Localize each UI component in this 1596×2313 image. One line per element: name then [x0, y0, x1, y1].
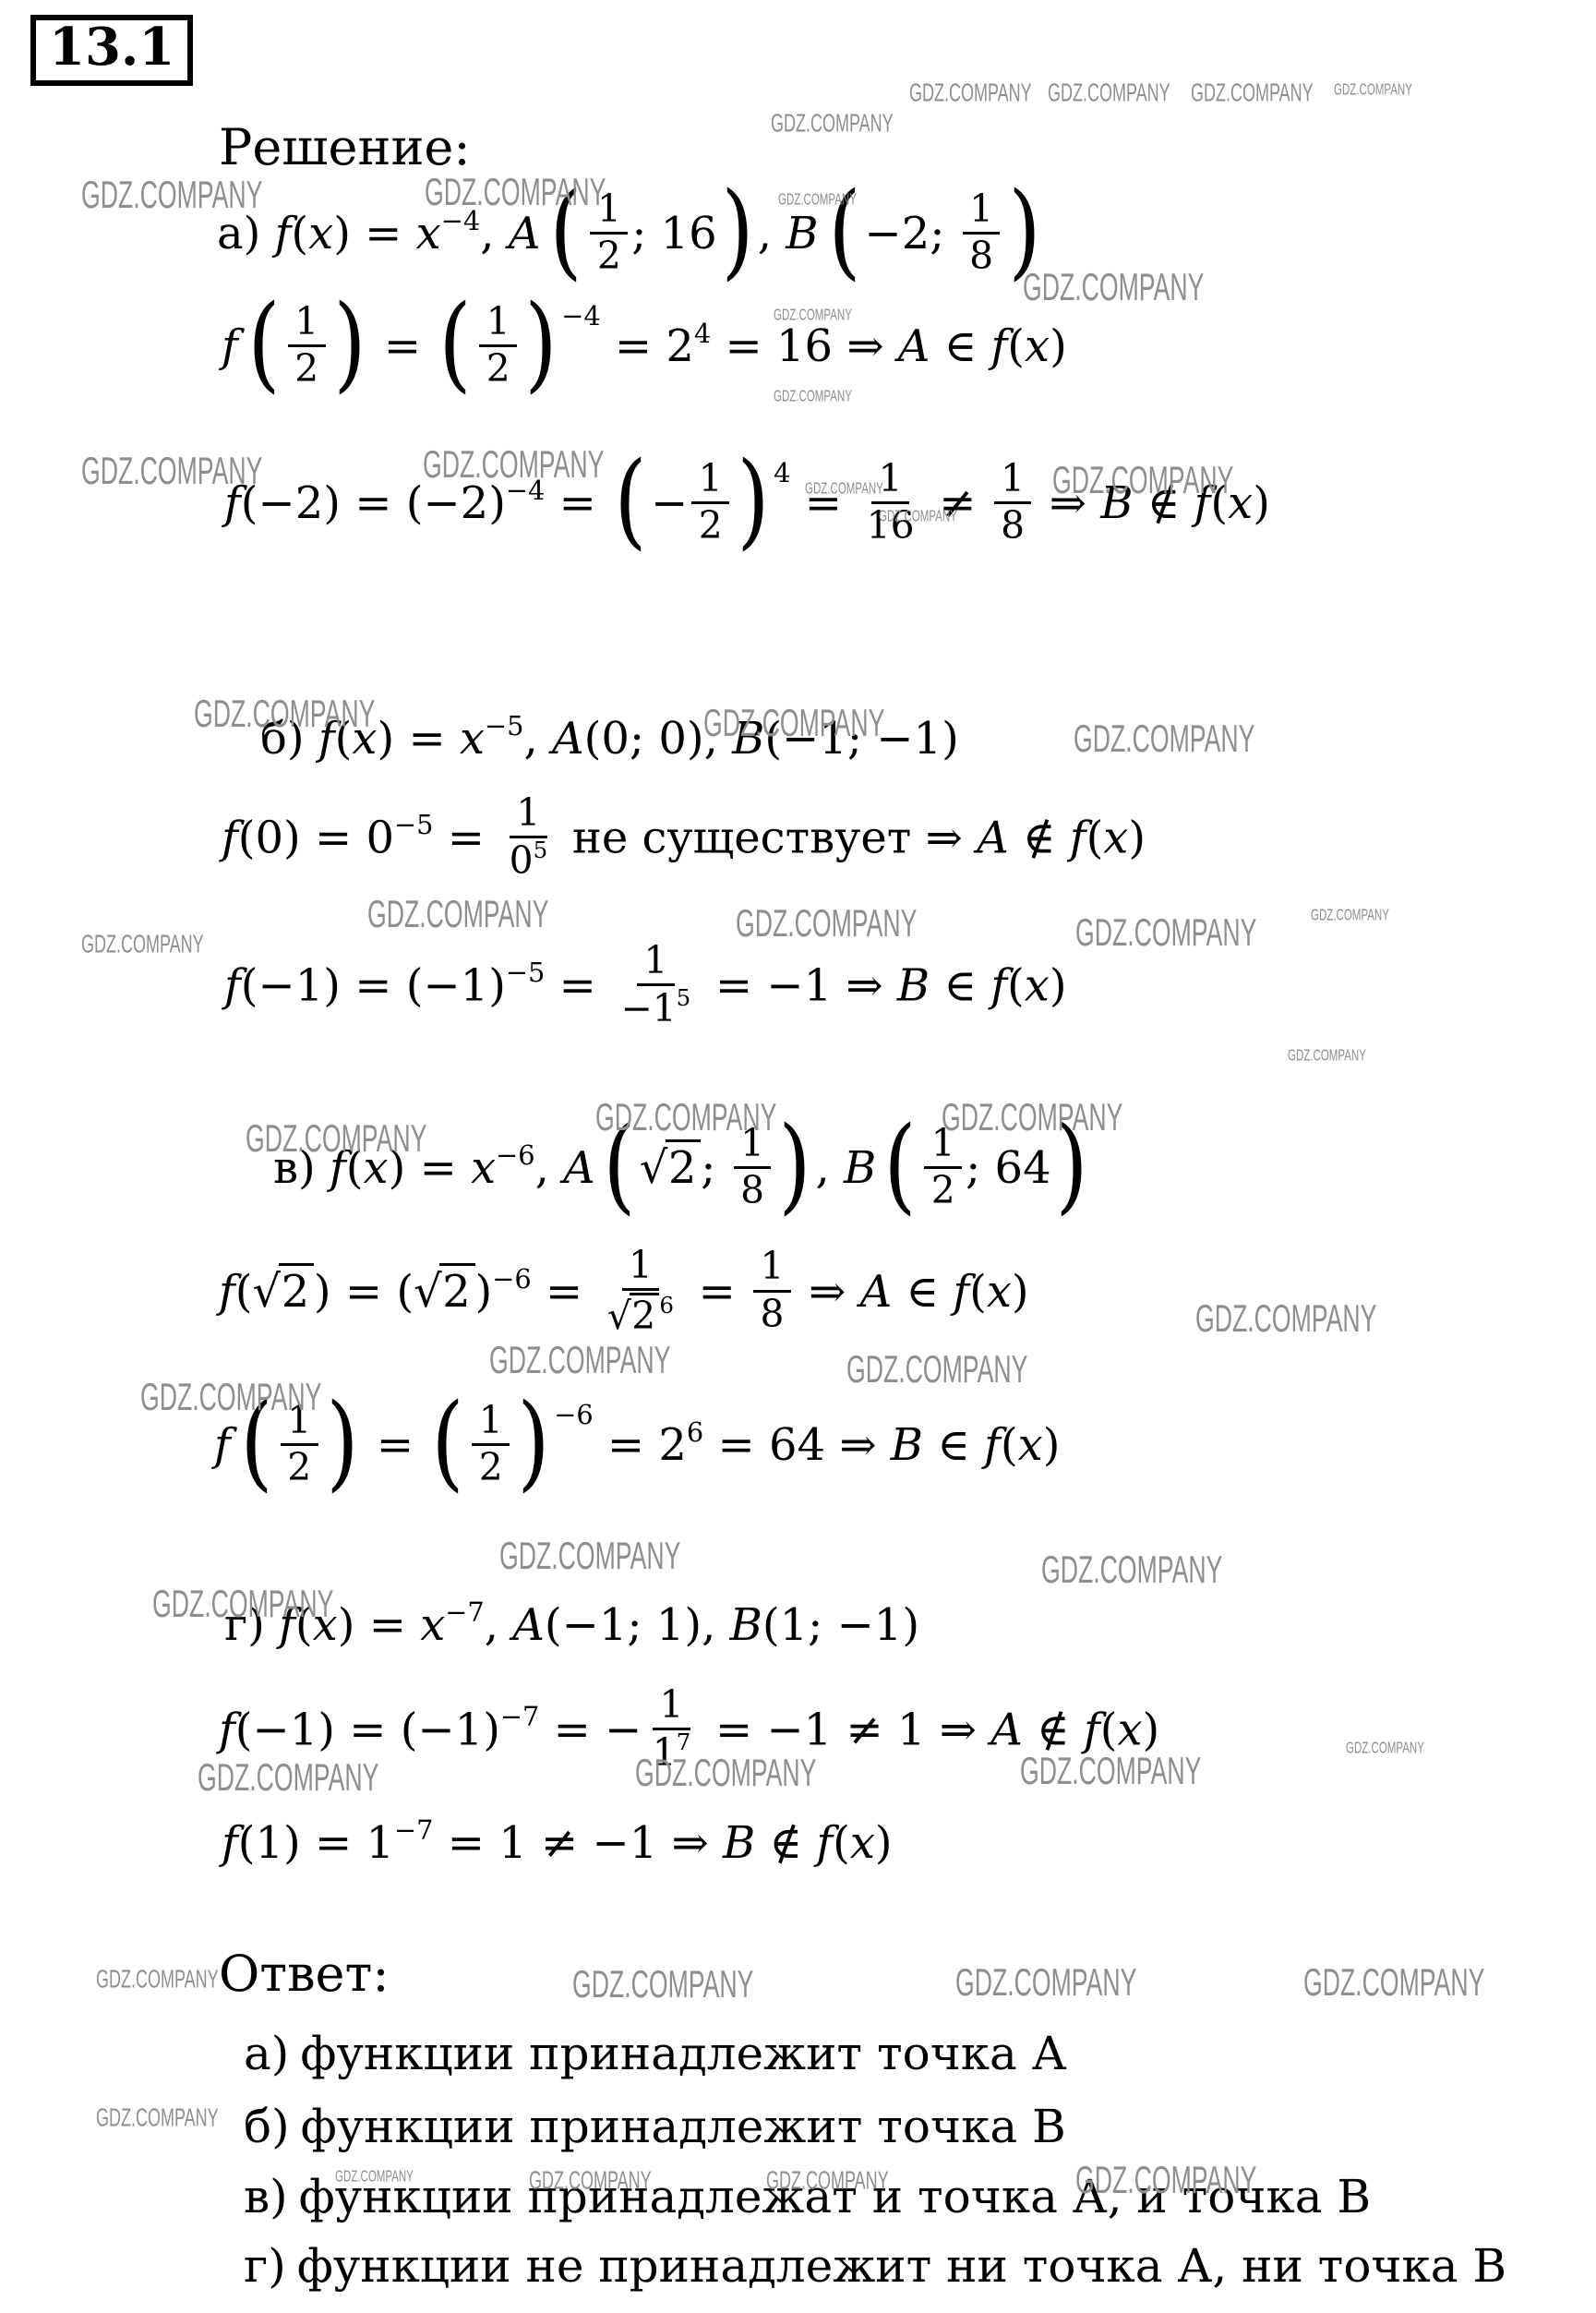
- fraction-denominator: 2: [472, 1446, 510, 1489]
- math-variable: f: [816, 1817, 833, 1869]
- math-text: 1: [699, 456, 723, 500]
- watermark: GDZ.COMPANY: [942, 1096, 1122, 1139]
- exponent: −6: [492, 1263, 531, 1295]
- math-variable: x: [1025, 959, 1050, 1011]
- math-variable: x: [1018, 1419, 1043, 1471]
- fraction-numerator: 1: [510, 792, 547, 838]
- fraction: 18: [994, 458, 1032, 548]
- math-text: (: [1100, 1704, 1118, 1755]
- watermark: GDZ.COMPANY: [423, 443, 604, 487]
- math-variable: A: [563, 1142, 595, 1194]
- math-variable: x: [308, 208, 333, 259]
- fraction: 116: [859, 458, 921, 548]
- watermark: GDZ.COMPANY: [1052, 459, 1233, 502]
- math-variable: f: [990, 959, 1007, 1011]
- exponent: −7: [445, 1596, 484, 1629]
- math-variable: B: [786, 208, 818, 259]
- answer-text: функции не принадлежит ни точка А, ни то…: [297, 2239, 1506, 2293]
- watermark: GDZ.COMPANY: [1075, 2159, 1256, 2202]
- math-text: =: [532, 1266, 597, 1318]
- math-text: (: [1007, 959, 1025, 1011]
- watermark: GDZ.COMPANY: [1020, 1750, 1201, 1793]
- fraction-numerator: 1: [472, 1400, 510, 1446]
- math-text: ,: [535, 1142, 564, 1194]
- fraction-numerator: 1: [963, 188, 1001, 235]
- exponent: 4: [694, 318, 711, 350]
- math-text: 2: [282, 1266, 310, 1318]
- answer-label: б): [244, 2100, 290, 2153]
- answer-text: функции принадлежит точка В: [301, 2100, 1066, 2153]
- math-text: = −: [539, 1704, 642, 1755]
- math-variable: A: [509, 208, 541, 259]
- problem-number-box: 13.1: [30, 15, 193, 86]
- watermark: GDZ.COMPANY: [1041, 1548, 1222, 1592]
- watermark: GDZ.COMPANY: [909, 78, 1032, 108]
- math-text: (1; −1): [762, 1599, 919, 1651]
- radicand: 2: [279, 1263, 314, 1319]
- math-variable: f: [219, 1704, 235, 1755]
- fraction: 18: [753, 1246, 791, 1336]
- fraction-numerator: 1: [691, 458, 729, 504]
- math-variable: f: [1084, 1704, 1100, 1755]
- watermark: GDZ.COMPANY: [1334, 81, 1412, 100]
- math-variable: f: [224, 959, 241, 1011]
- radicand: 2: [666, 1139, 701, 1196]
- watermark: GDZ.COMPANY: [572, 1963, 753, 2006]
- math-text: ∈: [930, 959, 990, 1011]
- watermark: GDZ.COMPANY: [96, 2103, 219, 2133]
- math-text: (: [833, 1817, 850, 1869]
- math-text: = 64 ⇒: [703, 1419, 891, 1471]
- exponent: 4: [774, 457, 790, 489]
- big-parenthesis: (: [439, 291, 472, 395]
- math-text: 2: [631, 1294, 655, 1338]
- big-parenthesis: ): [326, 1390, 358, 1494]
- math-variable: B: [730, 1599, 762, 1651]
- watermark: GDZ.COMPANY: [96, 1965, 219, 1994]
- exponent: −7: [500, 1701, 539, 1733]
- watermark: GDZ.COMPANY: [499, 1535, 680, 1578]
- math-variable: x: [987, 1266, 1012, 1318]
- fraction-denominator: 8: [994, 504, 1032, 548]
- fraction: 18: [963, 188, 1001, 279]
- math-text: = 16 ⇒: [711, 320, 898, 372]
- math-text: ; 64: [966, 1142, 1051, 1194]
- watermark: GDZ.COMPANY: [736, 902, 917, 946]
- watermark: GDZ.COMPANY: [1346, 1740, 1424, 1758]
- watermark: GDZ.COMPANY: [1288, 1047, 1366, 1066]
- fraction: 12: [479, 301, 517, 392]
- exponent: −6: [496, 1139, 534, 1172]
- answer-text: функции принадлежит точка А: [300, 2027, 1066, 2080]
- math-text: ,: [523, 713, 552, 765]
- math-text: ): [1050, 320, 1067, 372]
- math-text: −: [651, 477, 688, 529]
- fraction-numerator: 1: [753, 1246, 791, 1292]
- watermark: GDZ.COMPANY: [425, 171, 606, 214]
- big-parenthesis: (: [884, 1113, 917, 1217]
- solution-page: 13.1 Решение: Ответ: а) f(x) = x−4, A(12…: [0, 0, 1596, 2313]
- fraction-denominator: −15: [614, 986, 697, 1030]
- case-b-calc-1: f(0) = 0−5 = 105 не существует ⇒ A ∉ f(x…: [222, 796, 1146, 886]
- math-variable: A: [552, 713, 584, 765]
- watermark: GDZ.COMPANY: [194, 693, 375, 736]
- math-text: 1: [660, 1682, 684, 1727]
- math-variable: x: [471, 1142, 496, 1194]
- radical-sign: √: [253, 1266, 282, 1319]
- big-parenthesis: (: [615, 448, 647, 552]
- square-root: √2: [414, 1263, 474, 1319]
- fraction-denominator: 05: [502, 838, 554, 882]
- math-text: ,: [480, 208, 509, 259]
- radical-sign: √: [607, 1295, 631, 1338]
- exponent: 5: [534, 837, 548, 862]
- math-variable: x: [850, 1817, 875, 1869]
- math-text: =: [370, 320, 436, 372]
- math-text: ): [1043, 1419, 1061, 1471]
- watermark: GDZ.COMPANY: [1303, 1961, 1484, 2005]
- math-variable: f: [984, 1419, 1001, 1471]
- watermark: GDZ.COMPANY: [335, 2168, 414, 2187]
- math-variable: f: [953, 1266, 969, 1318]
- answer-label: а): [244, 2027, 289, 2080]
- fraction-denominator: √26: [601, 1291, 681, 1337]
- exponent: −5: [394, 809, 433, 841]
- fraction-denominator: 8: [734, 1169, 772, 1212]
- problem-number: 13.1: [49, 17, 174, 78]
- case-b-calc-2: f(−1) = (−1)−5 = 1−15 = −1 ⇒ B ∈ f(x): [224, 944, 1067, 1034]
- math-text: (1) = 1: [238, 1817, 394, 1869]
- math-text: ): [475, 1266, 493, 1318]
- math-text: (: [235, 1266, 253, 1318]
- fraction-denominator: 2: [281, 1446, 318, 1489]
- math-text: = 1 ≠ −1 ⇒: [433, 1817, 723, 1869]
- radical-sign: √: [640, 1142, 668, 1196]
- fraction: 1−15: [614, 940, 697, 1030]
- radicand: 2: [630, 1293, 659, 1338]
- watermark: GDZ.COMPANY: [81, 174, 262, 217]
- radical-sign: √: [414, 1266, 442, 1319]
- watermark: GDZ.COMPANY: [774, 388, 852, 406]
- math-variable: f: [275, 208, 292, 259]
- math-text: 1: [1001, 456, 1025, 500]
- math-text: 1: [629, 1243, 653, 1287]
- math-text: ∉: [1023, 1704, 1084, 1755]
- math-text: 8: [740, 1168, 764, 1212]
- radicand: 2: [439, 1263, 474, 1319]
- math-text: 2: [486, 346, 510, 391]
- math-variable: A: [898, 320, 930, 372]
- math-variable: x: [1025, 320, 1050, 372]
- watermark: GDZ.COMPANY: [778, 191, 857, 210]
- math-text: ): [1012, 1266, 1029, 1318]
- math-text: (−1; 1),: [545, 1599, 730, 1651]
- math-text: не существует ⇒: [558, 812, 977, 863]
- math-variable: x: [460, 713, 485, 765]
- math-text: ) = (: [314, 1266, 414, 1318]
- fraction: 1√26: [601, 1245, 681, 1338]
- fraction-denominator: 2: [691, 504, 729, 548]
- math-text: ) =: [338, 1599, 420, 1651]
- fraction-denominator: 2: [479, 347, 517, 391]
- math-text: 0: [510, 838, 534, 883]
- fraction-denominator: 2: [924, 1169, 962, 1212]
- math-variable: B: [723, 1817, 755, 1869]
- solution-heading: Решение:: [219, 118, 471, 176]
- case-a-given: а) f(x) = x−4, A(12; 16), B(−2; 18): [217, 185, 1045, 289]
- math-text: ∈: [923, 1419, 984, 1471]
- math-text: ⇒: [795, 1266, 860, 1318]
- math-text: =: [545, 959, 610, 1011]
- math-text: 2: [287, 1445, 311, 1489]
- fraction: 105: [502, 792, 554, 883]
- math-text: 1: [486, 299, 510, 343]
- math-text: ): [1050, 959, 1067, 1011]
- answer-heading: Ответ:: [219, 1945, 390, 2003]
- watermark: GDZ.COMPANY: [198, 1756, 378, 1800]
- big-parenthesis: (: [432, 1390, 464, 1494]
- math-text: 2: [668, 1142, 697, 1194]
- exponent: −5: [506, 957, 545, 989]
- exponent: −4: [561, 300, 600, 332]
- answer-line: г)функции не принадлежит ни точка А, ни …: [244, 2239, 1506, 2293]
- math-text: (: [1086, 812, 1104, 863]
- fraction: 12: [472, 1400, 510, 1490]
- fraction: 12: [691, 458, 729, 548]
- math-text: 2: [442, 1266, 471, 1318]
- math-variable: A: [977, 812, 1009, 863]
- math-text: 1: [294, 299, 318, 343]
- big-parenthesis: ): [333, 291, 366, 395]
- math-text: ∉: [755, 1817, 816, 1869]
- fraction-numerator: 1: [994, 458, 1032, 504]
- math-text: (0) = 0: [238, 812, 394, 863]
- math-text: 2: [479, 1445, 503, 1489]
- fraction-denominator: 8: [963, 235, 1001, 278]
- math-text: ): [1253, 477, 1270, 529]
- fraction-denominator: 2: [590, 235, 628, 278]
- big-parenthesis: ): [779, 1113, 811, 1217]
- math-text: 1: [479, 1398, 503, 1442]
- answer-line: а)функции принадлежит точка А: [244, 2027, 1067, 2080]
- math-variable: A: [512, 1599, 545, 1651]
- watermark: GDZ.COMPANY: [703, 702, 884, 745]
- math-variable: A: [860, 1266, 893, 1318]
- math-text: 1: [643, 938, 667, 982]
- watermark: GDZ.COMPANY: [595, 1096, 776, 1139]
- math-text: ): [1143, 1704, 1160, 1755]
- math-text: ∈: [930, 320, 990, 372]
- math-variable: x: [1117, 1704, 1142, 1755]
- exponent: 6: [659, 1293, 674, 1318]
- watermark: GDZ.COMPANY: [246, 1117, 426, 1161]
- math-text: 8: [760, 1292, 784, 1336]
- math-variable: f: [214, 1419, 231, 1471]
- watermark: GDZ.COMPANY: [1048, 78, 1170, 108]
- exponent: 6: [687, 1416, 703, 1449]
- math-text: ;: [701, 1142, 729, 1194]
- math-text: −1: [621, 986, 677, 1030]
- fraction-numerator: 1: [288, 301, 326, 347]
- watermark: GDZ.COMPANY: [1311, 907, 1389, 925]
- watermark: GDZ.COMPANY: [805, 480, 883, 499]
- watermark: GDZ.COMPANY: [529, 2166, 652, 2196]
- watermark: GDZ.COMPANY: [774, 307, 852, 325]
- math-text: 2: [931, 1168, 955, 1212]
- math-text: 2: [597, 234, 621, 278]
- math-text: =: [684, 1266, 750, 1318]
- math-text: (: [969, 1266, 987, 1318]
- math-text: =: [433, 812, 498, 863]
- big-parenthesis: ): [738, 448, 770, 552]
- math-variable: f: [222, 1817, 238, 1869]
- big-parenthesis: ): [518, 1390, 550, 1494]
- fraction: 12: [288, 301, 326, 392]
- fraction-numerator: 1: [479, 301, 517, 347]
- math-text: (−1) = (−1): [235, 1704, 500, 1755]
- math-text: 2: [294, 346, 318, 391]
- math-text: (: [291, 208, 308, 259]
- math-text: 1: [969, 187, 993, 231]
- watermark: GDZ.COMPANY: [81, 930, 204, 959]
- big-parenthesis: (: [247, 291, 280, 395]
- watermark: GDZ.COMPANY: [771, 109, 894, 139]
- fraction-numerator: 1: [637, 940, 675, 986]
- math-variable: f: [222, 812, 238, 863]
- watermark: GDZ.COMPANY: [1023, 266, 1204, 309]
- exponent: −5: [485, 710, 523, 742]
- watermark: GDZ.COMPANY: [846, 1348, 1027, 1391]
- answer-label: г): [244, 2239, 286, 2293]
- watermark: GDZ.COMPANY: [766, 2166, 889, 2196]
- math-text: ,: [758, 208, 786, 259]
- watermark: GDZ.COMPANY: [81, 450, 262, 493]
- fraction-numerator: 1: [622, 1245, 660, 1291]
- fraction-numerator: 1: [653, 1684, 690, 1730]
- watermark: GDZ.COMPANY: [367, 893, 548, 936]
- math-variable: B: [891, 1419, 923, 1471]
- math-variable: f: [1070, 812, 1086, 863]
- watermark: GDZ.COMPANY: [955, 1961, 1136, 2005]
- square-root: √2: [607, 1293, 659, 1338]
- math-variable: x: [420, 1599, 445, 1651]
- math-variable: B: [897, 959, 930, 1011]
- math-text: ): [875, 1817, 893, 1869]
- math-variable: x: [416, 208, 441, 259]
- square-root: √2: [640, 1139, 701, 1196]
- watermark: GDZ.COMPANY: [1074, 717, 1254, 761]
- math-text: 1: [760, 1244, 784, 1288]
- math-text: (: [1007, 320, 1025, 372]
- watermark: GDZ.COMPANY: [140, 1376, 321, 1419]
- watermark: GDZ.COMPANY: [1195, 1297, 1376, 1341]
- square-root: √2: [253, 1263, 314, 1319]
- math-text: 8: [969, 234, 993, 278]
- math-text: = −1 ⇒: [702, 959, 897, 1011]
- math-variable: A: [990, 1704, 1023, 1755]
- math-text: 1: [516, 790, 540, 835]
- math-text: = 2: [601, 320, 694, 372]
- big-parenthesis: ): [525, 291, 558, 395]
- watermark: GDZ.COMPANY: [1191, 78, 1314, 108]
- exponent: −6: [554, 1399, 593, 1431]
- watermark: GDZ.COMPANY: [879, 508, 957, 526]
- case-v-calc-2: f(12) = (12)−6 = 26 = 64 ⇒ B ∈ f(x): [214, 1396, 1060, 1500]
- case-a-calc-1: f(12) = (12)−4 = 24 = 16 ⇒ A ∈ f(x): [222, 297, 1067, 402]
- answer-label: в): [244, 2170, 288, 2223]
- math-text: = −1 ≠ 1 ⇒: [702, 1704, 991, 1755]
- watermark: GDZ.COMPANY: [635, 1752, 816, 1795]
- math-text: (: [1001, 1419, 1018, 1471]
- math-variable: f: [222, 320, 238, 372]
- math-variable: f: [991, 320, 1008, 372]
- case-v-calc-1: f(√2) = (√2)−6 = 1√26 = 18 ⇒ A ∈ f(x): [219, 1248, 1029, 1342]
- math-text: = 2: [594, 1419, 687, 1471]
- watermark: GDZ.COMPANY: [152, 1583, 333, 1626]
- watermark: GDZ.COMPANY: [1075, 911, 1256, 955]
- math-text: ) =: [333, 208, 415, 259]
- math-text: ) =: [377, 713, 459, 765]
- case-g-calc-2: f(1) = 1−7 = 1 ≠ −1 ⇒ B ∉ f(x): [222, 1817, 893, 1871]
- big-parenthesis: ): [721, 178, 753, 283]
- exponent: −7: [394, 1814, 433, 1847]
- math-text: =: [363, 1419, 428, 1471]
- math-variable: B: [844, 1142, 876, 1194]
- math-text: ,: [485, 1599, 513, 1651]
- math-text: ; 16: [631, 208, 717, 259]
- math-text: ∉: [1009, 812, 1070, 863]
- math-text: ,: [815, 1142, 844, 1194]
- math-text: (−1) = (−1): [241, 959, 506, 1011]
- math-text: 2: [699, 503, 723, 548]
- fraction-denominator: 8: [753, 1293, 791, 1336]
- math-text: −2;: [865, 208, 959, 259]
- answer-line: б)функции принадлежит точка В: [244, 2100, 1066, 2153]
- exponent: 5: [677, 985, 691, 1010]
- math-text: ∈: [892, 1266, 953, 1318]
- watermark: GDZ.COMPANY: [489, 1339, 670, 1382]
- math-text: 8: [1001, 503, 1025, 548]
- math-variable: x: [1103, 812, 1128, 863]
- fraction-denominator: 2: [288, 347, 326, 391]
- math-variable: f: [219, 1266, 235, 1318]
- math-text: ): [1128, 812, 1146, 863]
